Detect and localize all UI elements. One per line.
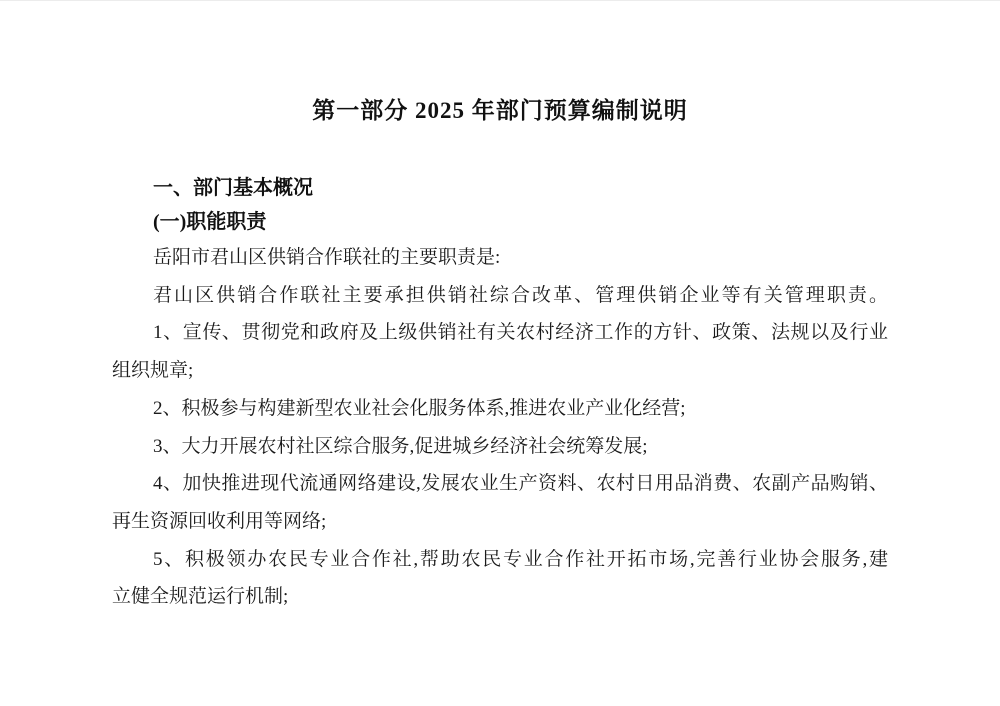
document-line: 岳阳市君山区供销合作联社的主要职责是:: [112, 239, 888, 277]
document-title: 第一部分 2025 年部门预算编制说明: [0, 95, 1000, 127]
document-line: 4、加快推进现代流通网络建设,发展农业生产资料、农村日用品消费、农副产品购销、: [112, 465, 888, 503]
document-line: 组织规章;: [112, 352, 888, 390]
document-line: (一)职能职责: [112, 205, 888, 239]
document-line: 再生资源回收利用等网络;: [112, 503, 888, 541]
document-line: 立健全规范运行机制;: [112, 578, 888, 616]
document-line: 一、部门基本概况: [112, 171, 888, 205]
document-line: 君山区供销合作联社主要承担供销社综合改革、管理供销企业等有关管理职责。: [112, 277, 888, 315]
document-body: 一、部门基本概况(一)职能职责岳阳市君山区供销合作联社的主要职责是:君山区供销合…: [112, 171, 888, 616]
document-line: 3、大力开展农村社区综合服务,促进城乡经济社会统筹发展;: [112, 428, 888, 466]
document-line: 2、积极参与构建新型农业社会化服务体系,推进农业产业化经营;: [112, 390, 888, 428]
document-line: 5、积极领办农民专业合作社,帮助农民专业合作社开拓市场,完善行业协会服务,建: [112, 541, 888, 579]
document-page: 第一部分 2025 年部门预算编制说明 一、部门基本概况(一)职能职责岳阳市君山…: [0, 0, 1000, 706]
document-line: 1、宣传、贯彻党和政府及上级供销社有关农村经济工作的方针、政策、法规以及行业: [112, 314, 888, 352]
